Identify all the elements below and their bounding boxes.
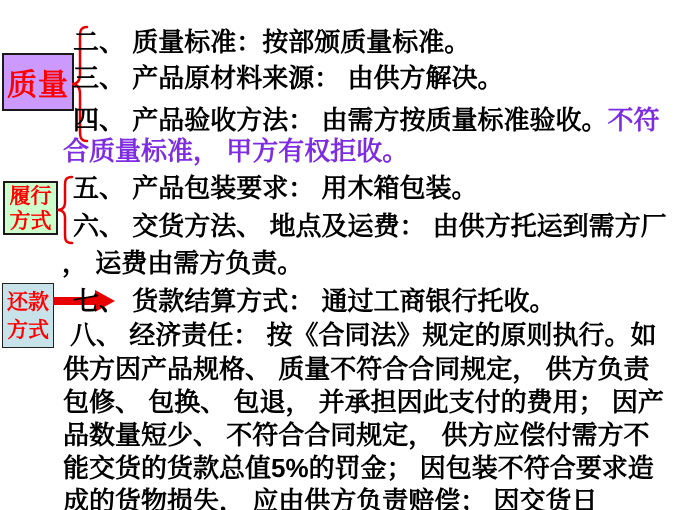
payment-label-line2: 方式: [7, 316, 49, 344]
text-segment: 二、 质量标准：按部颁质量标准。: [73, 27, 470, 57]
text-line: 八、 经济责任： 按《合同法》规定的原则执行。如: [70, 320, 656, 350]
performance-method-label-box: 履行 方式: [3, 181, 58, 235]
curly-brace-icon: [55, 175, 75, 245]
text-line: 合质量标准， 甲方有权拒收。: [63, 136, 408, 166]
payment-label-line1: 还款: [7, 288, 49, 316]
performance-label-line2: 方式: [10, 208, 52, 233]
text-line: 包修、 包换、 包退， 并承担因此支付的费用； 因产: [63, 387, 664, 417]
payment-method-label-box: 还款 方式: [2, 283, 54, 348]
text-segment: 包修、 包换、 包退， 并承担因此支付的费用； 因产: [63, 387, 664, 417]
text-line: ， 运费由需方负责。: [62, 248, 303, 278]
text-line: 七、 货款结算方式： 通过工商银行托收。: [73, 286, 555, 316]
text-line: 供方因产品规格、 质量不符合合同规定， 供方负责: [63, 354, 649, 384]
text-segment: 八、 经济责任： 按《合同法》规定的原则执行。如: [70, 320, 656, 350]
text-line: 三、 产品原材料来源： 由供方解决。: [73, 63, 503, 93]
text-line: 二、 质量标准：按部颁质量标准。: [73, 27, 470, 57]
text-segment: 不符: [607, 105, 659, 135]
text-segment: 品数量短少、 不符合合同规定， 供方应偿付需方不: [63, 420, 649, 450]
text-segment: 成的货物损失， 应由供方负责赔偿； 因交货日: [63, 486, 597, 510]
text-line: 能交货的货款总值5%的罚金； 因包装不符合要求造: [63, 453, 654, 483]
text-segment: 四、 产品验收方法： 由需方按质量标准验收。: [73, 105, 607, 135]
quality-label-box: 质量: [2, 53, 74, 111]
text-line: 品数量短少、 不符合合同规定， 供方应偿付需方不: [63, 420, 649, 450]
text-line: 成的货物损失， 应由供方负责赔偿； 因交货日: [63, 486, 597, 510]
text-segment: 六、 交货方法、 地点及运费： 由供方托运到需方厂: [73, 211, 667, 241]
text-segment: ， 运费由需方负责。: [62, 248, 303, 278]
text-segment: 能交货的货款总值5%的罚金； 因包装不符合要求造: [63, 453, 654, 483]
text-line: 四、 产品验收方法： 由需方按质量标准验收。不符: [73, 105, 659, 135]
performance-label-line1: 履行: [10, 183, 52, 208]
text-segment: 合质量标准， 甲方有权拒收。: [63, 136, 408, 166]
text-line: 五、 产品包装要求： 用木箱包装。: [73, 173, 477, 203]
quality-label: 质量: [7, 60, 69, 104]
text-segment: 七、 货款结算方式： 通过工商银行托收。: [73, 286, 555, 316]
text-segment: 供方因产品规格、 质量不符合合同规定， 供方负责: [63, 354, 649, 384]
text-line: 六、 交货方法、 地点及运费： 由供方托运到需方厂: [73, 211, 667, 241]
text-segment: 三、 产品原材料来源： 由供方解决。: [73, 63, 503, 93]
slide: 质量 履行 方式 还款 方式 二、 质量标准：按部颁质量标准。三、 产品原材料来…: [0, 0, 680, 510]
text-segment: 五、 产品包装要求： 用木箱包装。: [73, 173, 477, 203]
